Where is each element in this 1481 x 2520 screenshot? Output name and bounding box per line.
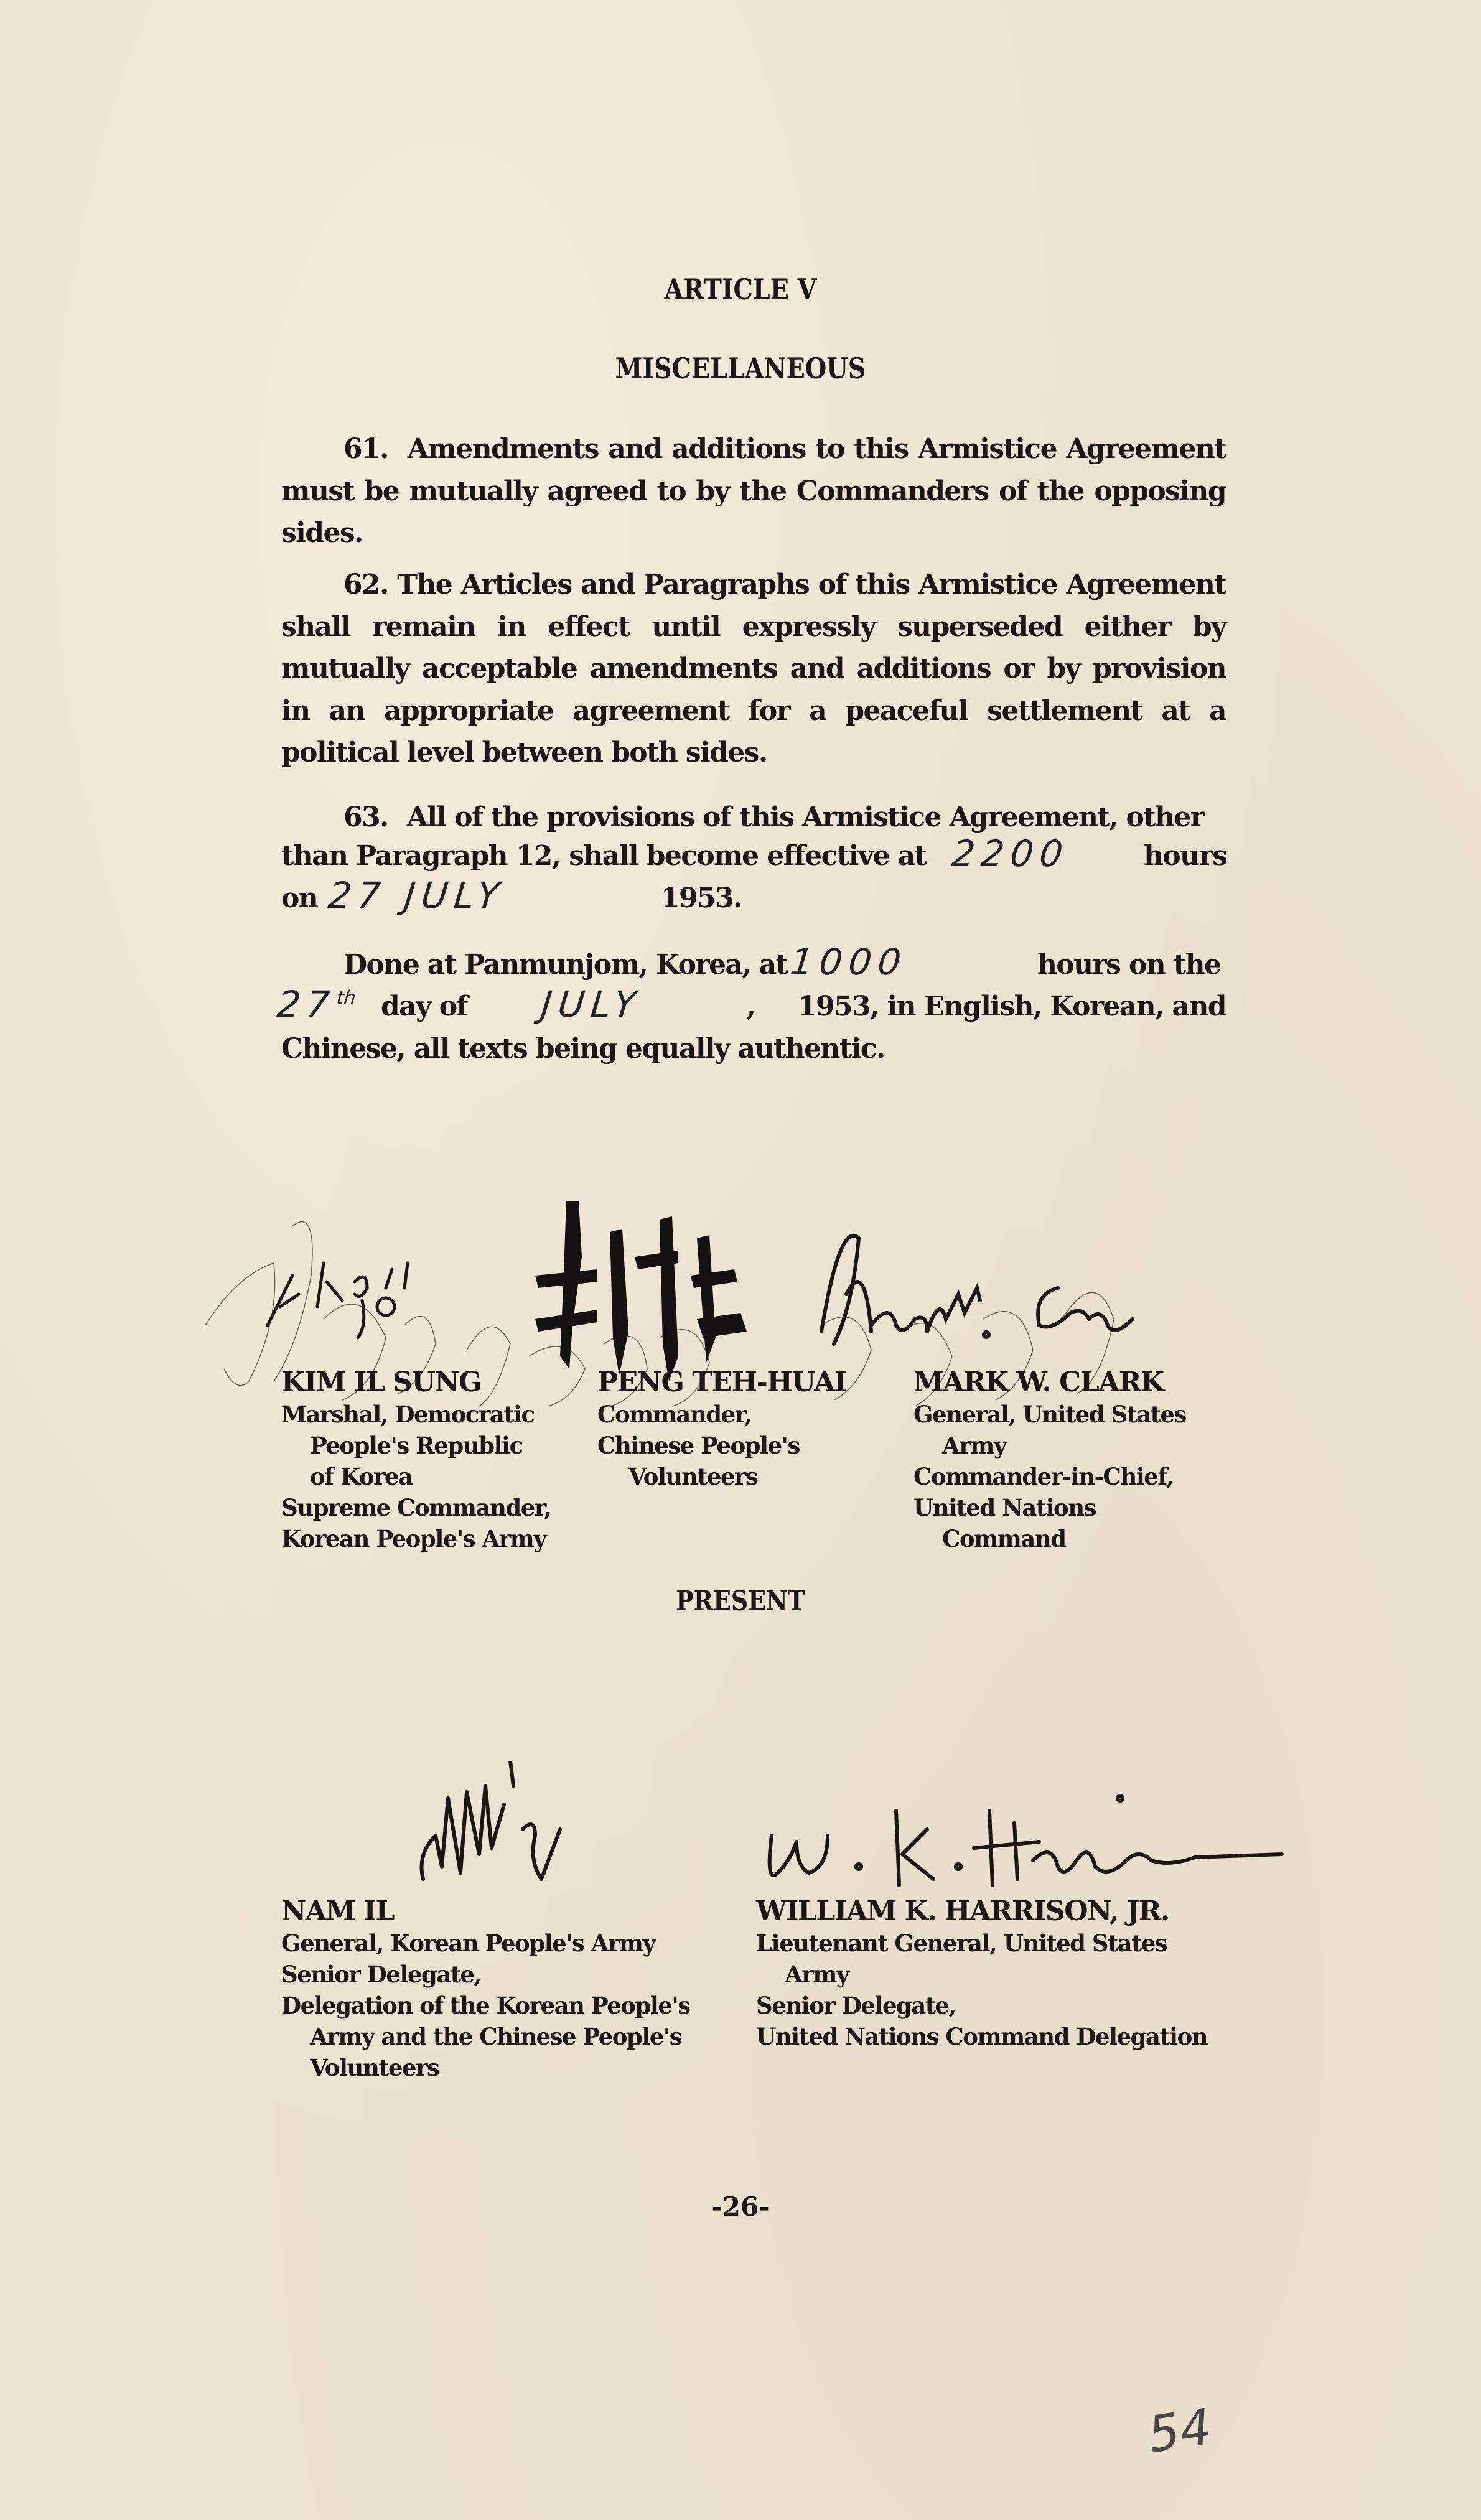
paragraph-text: Amendments and additions to this Armisti… xyxy=(281,433,1226,549)
paragraph-text: The Articles and Paragraphs of this Armi… xyxy=(281,569,1226,768)
closing-text: hours on the xyxy=(1037,949,1220,981)
paragraph-text: than Paragraph 12, shall become effectiv… xyxy=(281,840,926,872)
paragraph-text: hours xyxy=(1144,840,1226,872)
paragraph-62: 62. The Articles and Paragraphs of this … xyxy=(281,564,1226,774)
signatory-title: People's Republic xyxy=(281,1430,551,1461)
signatory-title: Commander-in-Chief, xyxy=(913,1461,1186,1492)
delegate-nam-il: NAM IL General, Korean People's Army Sen… xyxy=(281,1895,690,2083)
delegate-william-k-harrison: WILLIAM K. HARRISON, JR. Lieutenant Gene… xyxy=(756,1895,1207,2052)
handwritten-effective-date: 27 JULY xyxy=(326,874,507,917)
paragraph-text: 1953. xyxy=(661,882,742,914)
section-heading: MISCELLANEOUS xyxy=(104,352,1378,385)
closing-text: Chinese, all texts being equally authent… xyxy=(281,1033,885,1065)
delegate-name: NAM IL xyxy=(281,1895,690,1928)
paragraph-number: 62. xyxy=(343,569,388,600)
handwritten-signing-day: 27th xyxy=(275,983,357,1025)
signatory-title: Marshal, Democratic xyxy=(281,1399,551,1430)
signatory-name: KIM IL SUNG xyxy=(281,1366,551,1399)
page-number: -26- xyxy=(0,2191,1481,2222)
closing-text: Done at Panmunjom, Korea, at xyxy=(343,949,787,981)
present-heading: PRESENT xyxy=(104,1585,1378,1617)
article-heading: ARTICLE V xyxy=(104,273,1378,306)
signatory-peng-teh-huai: PENG TEH-HUAI Commander, Chinese People'… xyxy=(597,1366,846,1492)
signatory-name: MARK W. CLARK xyxy=(913,1366,1186,1399)
signatory-title: Volunteers xyxy=(597,1461,846,1492)
closing-text: day of xyxy=(381,991,467,1022)
delegate-title: General, Korean People's Army xyxy=(281,1928,690,1959)
delegate-title: United Nations Command Delegation xyxy=(756,2021,1207,2052)
delegate-title: Senior Delegate, xyxy=(281,1959,690,1990)
signatory-title: United Nations xyxy=(913,1492,1186,1523)
signatory-title: Commander, xyxy=(597,1399,846,1430)
signatory-title: Chinese People's xyxy=(597,1430,846,1461)
paragraph-number: 63. xyxy=(343,801,388,833)
signatory-title: of Korea xyxy=(281,1461,551,1492)
paragraph-61: 61. Amendments and additions to this Arm… xyxy=(281,428,1226,554)
signatory-name: PENG TEH-HUAI xyxy=(597,1366,846,1399)
paragraph-number: 61. xyxy=(343,433,388,465)
handwritten-effective-time: 2200 xyxy=(950,833,1071,875)
signatory-mark-w-clark: MARK W. CLARK General, United States Arm… xyxy=(913,1366,1186,1554)
signatory-title: Korean People's Army xyxy=(281,1523,551,1554)
archive-pencil-mark: 54 xyxy=(1144,2397,1215,2463)
closing-text: , 1953, in English, Korean, and xyxy=(747,991,1226,1022)
delegate-name: WILLIAM K. HARRISON, JR. xyxy=(756,1895,1207,1928)
delegate-title: Lieutenant General, United States xyxy=(756,1928,1207,1959)
signature-delegates-icon xyxy=(411,1761,1294,1898)
signatory-title: General, United States xyxy=(913,1399,1186,1430)
delegate-title: Army xyxy=(756,1959,1207,1990)
signatory-title: Supreme Commander, xyxy=(281,1492,551,1523)
handwritten-signing-month: JULY xyxy=(539,983,644,1025)
delegate-title: Delegation of the Korean People's xyxy=(281,1990,690,2021)
signatory-kim-il-sung: KIM IL SUNG Marshal, Democratic People's… xyxy=(281,1366,551,1554)
signatory-title: Army xyxy=(913,1430,1186,1461)
signatory-title: Command xyxy=(913,1523,1186,1554)
handwritten-signing-time: 1000 xyxy=(788,941,909,983)
paragraph-text: All of the provisions of this Armistice … xyxy=(407,801,1226,833)
delegate-title: Senior Delegate, xyxy=(756,1990,1207,2021)
delegate-title: Army and the Chinese People's xyxy=(281,2021,690,2052)
paragraph-text: on xyxy=(281,882,317,914)
delegate-title: Volunteers xyxy=(281,2052,690,2083)
